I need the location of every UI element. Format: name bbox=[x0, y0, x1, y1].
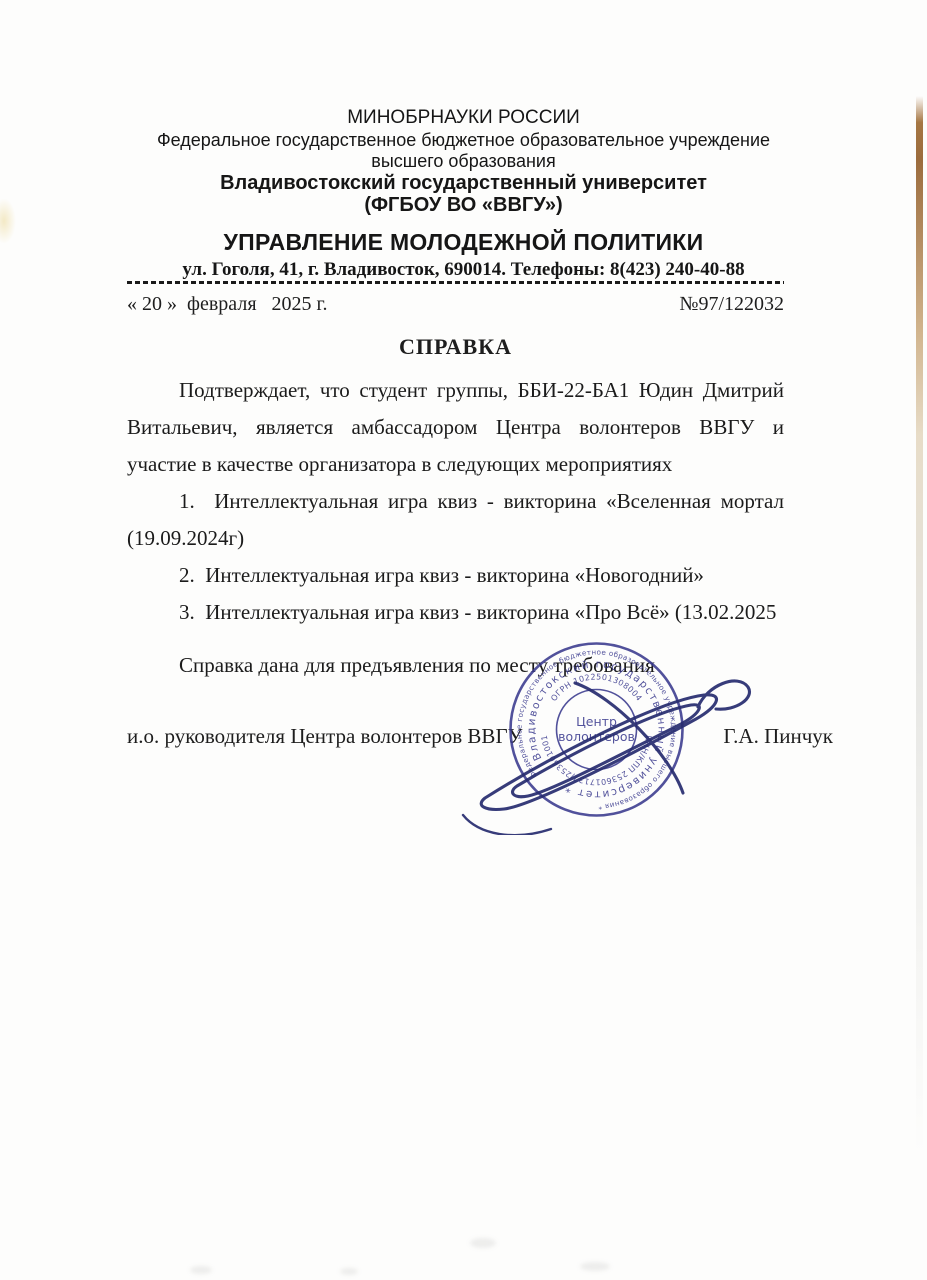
body-line: участие в качестве организатора в следую… bbox=[127, 446, 784, 483]
signature-top-loop bbox=[698, 681, 749, 709]
scan-smudge-bottom bbox=[190, 1266, 212, 1274]
doc-meta-row: « 20 » февраля 2025 г. №97/122032 bbox=[127, 293, 784, 316]
scanned-certificate-page: МИНОБРНАУКИ РОССИИ Федеральное государст… bbox=[0, 0, 927, 1280]
body-line: Подтверждает, что студент группы, ББИ-22… bbox=[127, 372, 784, 409]
doc-number: №97/122032 bbox=[679, 293, 784, 316]
event-item-2: 2. Интеллектуальная игра квиз - викторин… bbox=[127, 557, 784, 594]
dashed-divider bbox=[127, 281, 784, 284]
scan-edge-streak bbox=[916, 96, 923, 1156]
signature-tail bbox=[463, 815, 551, 835]
event-item-1: 1. Интеллектуальная игра квиз - викторин… bbox=[127, 483, 784, 520]
department-name: УПРАВЛЕНИЕ МОЛОДЕЖНОЙ ПОЛИТИКИ bbox=[0, 229, 927, 255]
scan-smudge-bottom bbox=[580, 1262, 610, 1271]
signature-scribble bbox=[455, 645, 790, 835]
letterhead: МИНОБРНАУКИ РОССИИ Федеральное государст… bbox=[0, 106, 927, 281]
doc-date: « 20 » февраля 2025 г. bbox=[127, 293, 327, 316]
scan-smudge-bottom bbox=[470, 1238, 496, 1248]
university-name: Владивостокский государственный универси… bbox=[0, 172, 927, 194]
address-line: ул. Гоголя, 41, г. Владивосток, 690014. … bbox=[0, 258, 927, 281]
org-line-1: Федеральное государственное бюджетное об… bbox=[0, 129, 927, 151]
university-abbrev: (ФГБОУ ВО «ВВГУ») bbox=[0, 194, 927, 216]
event-item-1-date: (19.09.2024г) bbox=[127, 520, 784, 557]
doc-title: СПРАВКА bbox=[127, 334, 784, 360]
org-line-2: высшего образования bbox=[0, 151, 927, 172]
event-item-3: 3. Интеллектуальная игра квиз - викторин… bbox=[127, 594, 784, 631]
scan-smudge-bottom bbox=[340, 1268, 358, 1275]
body-line: Витальевич, является амбассадором Центра… bbox=[127, 409, 784, 446]
signature-loop-inner bbox=[513, 705, 700, 797]
ministry-line: МИНОБРНАУКИ РОССИИ bbox=[0, 106, 927, 129]
